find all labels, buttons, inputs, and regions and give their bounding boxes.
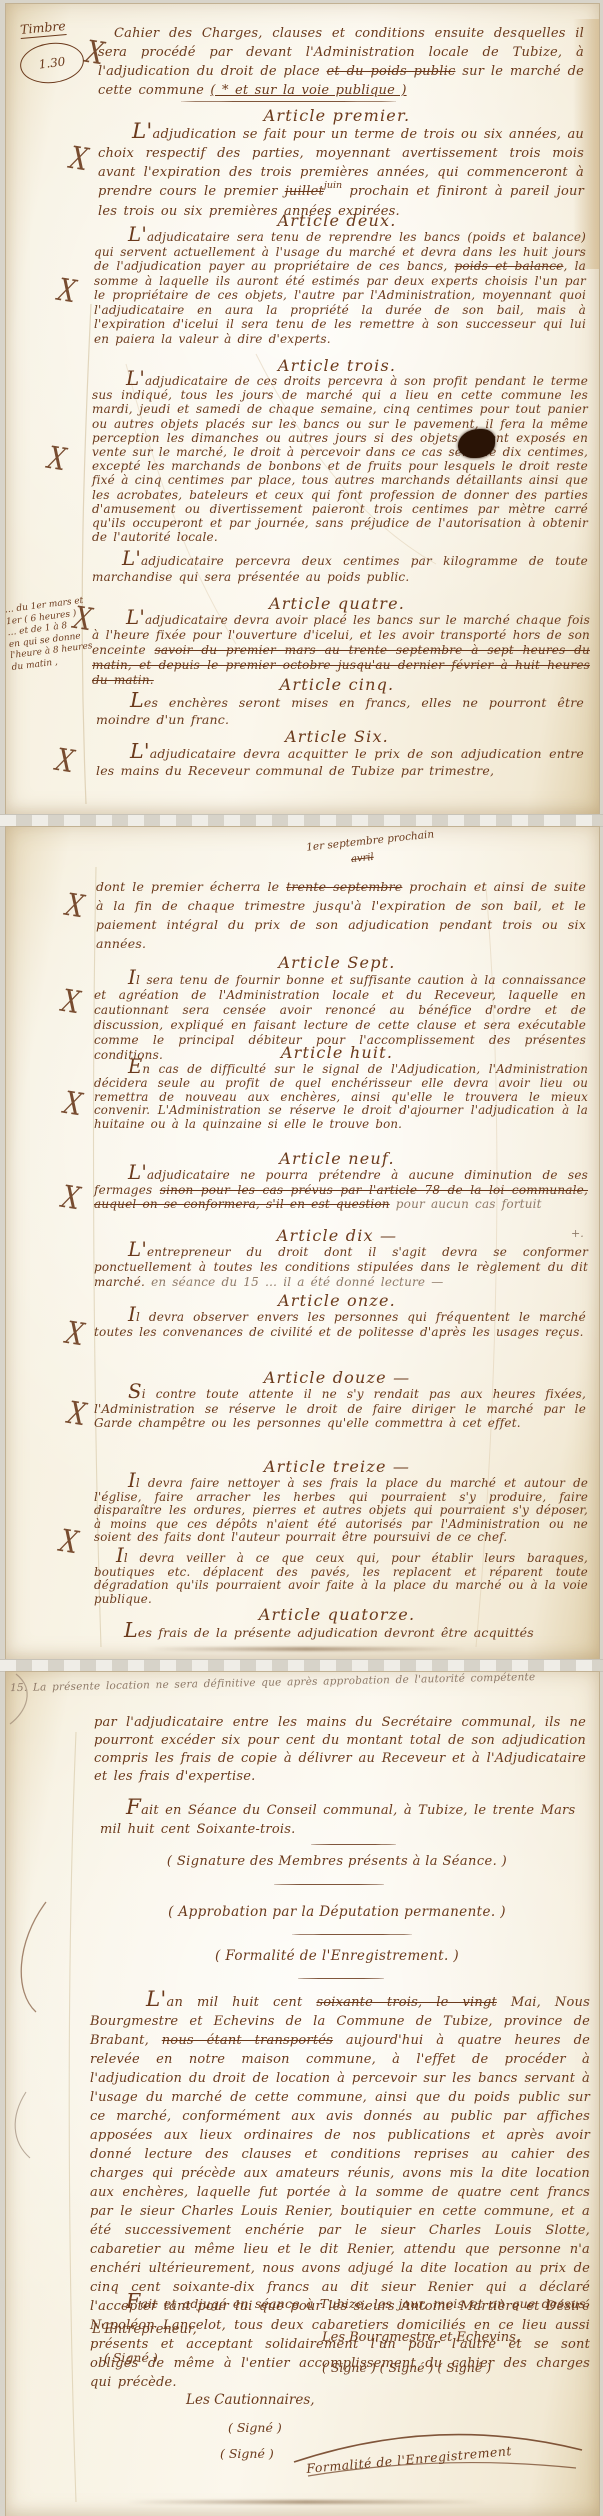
closing-statement: Fait en Séance du Conseil communal, à Tu… xyxy=(100,1800,580,1839)
article-1-insertion: juin xyxy=(324,180,342,191)
article-9-body: L'adjudicataire ne pourra prétendre à au… xyxy=(94,1166,588,1212)
margin-cross-icon: X xyxy=(59,1178,82,1217)
closing-underline xyxy=(311,1844,396,1845)
article-2-body: L'adjudicataire sera tenu de reprendre l… xyxy=(94,228,586,346)
adjudication-closing-line: Fait et adjugé en séance à Tubize, les j… xyxy=(100,2294,590,2313)
cautionnaire-signature-2: ( Signé ) xyxy=(220,2446,274,2461)
article-12-body: Si contre toute attente il ne s'y rendai… xyxy=(94,1385,586,1431)
signatures-note: ( Signature des Membres présents à la Sé… xyxy=(94,1854,580,1869)
margin-cross-icon: X xyxy=(63,1314,86,1353)
margin-cross-icon: X xyxy=(45,439,68,478)
bourgmestre-signatures: ( Signé ) ( Signé ) ( Signé ) xyxy=(322,2360,491,2375)
article-2-struck: poids et balance xyxy=(455,259,564,273)
article-3-body-2: L'adjudicataire percevra deux centimes p… xyxy=(92,552,588,585)
article-9-pencil-note: pour aucun cas fortuit xyxy=(390,1197,542,1211)
article-10-body: L'entrepreneur du droit dont il s'agit d… xyxy=(94,1243,588,1290)
title-struck-text: et du poids public xyxy=(327,64,456,79)
interline-annotation-struck: avril xyxy=(350,852,374,865)
article-6-body: L'adjudicataire devra acquitter le prix … xyxy=(96,744,584,779)
article-7-heading: Article Sept. xyxy=(94,953,580,972)
signatures-note-underline xyxy=(274,1884,384,1885)
approbation-note: ( Approbation par la Députation permanen… xyxy=(94,1904,580,1920)
stamp-oval: 1.30 xyxy=(18,39,86,87)
article-14-continuation: par l'adjudicataire entre les mains du S… xyxy=(94,1714,586,1786)
continuation-struck: trente septembre xyxy=(286,879,402,894)
interline-annotation: 1er septembre prochain xyxy=(306,828,435,853)
margin-cross-icon: X xyxy=(57,1522,80,1561)
margin-cross-icon: X xyxy=(61,1084,84,1123)
page-bottom-smudge xyxy=(146,1647,466,1651)
article-5-body: Les enchères seront mises en francs, ell… xyxy=(96,693,584,728)
pv-text-1: L'an mil huit cent xyxy=(146,1995,316,2010)
article-14-heading: Article quatorze. xyxy=(94,1605,580,1624)
pencil-top-annotation: 15. La présente location ne sera définit… xyxy=(10,1670,598,1695)
margin-cross-icon: X xyxy=(55,271,78,310)
article-1-heading: Article premier. xyxy=(94,106,580,125)
page-bottom-smudge xyxy=(126,2500,486,2504)
margin-cross-icon: X xyxy=(63,886,86,925)
article-5-heading: Article cinq. xyxy=(94,675,580,694)
article-8-body: En cas de difficulté sur le signal de l'… xyxy=(94,1060,588,1132)
registration-underline xyxy=(298,1978,384,1979)
registration-note: ( Formalité de l'Enregistrement. ) xyxy=(94,1948,580,1964)
article-1-body: L'adjudication se fait pour un terme de … xyxy=(98,124,584,221)
pencil-plus-mark: +. xyxy=(571,1227,584,1240)
article-1-struck: juillet xyxy=(285,184,324,199)
bourgmestre-echevins-label: Les Bourgmestre et Echevins, xyxy=(322,2330,520,2345)
stamp-label: Timbre xyxy=(19,18,66,39)
pv-struck-1: soixante trois, le vingt xyxy=(316,1995,497,2010)
manuscript-page-2: 1er septembre prochain avril dont le pre… xyxy=(5,826,600,1661)
cautionnaires-label: Les Cautionnaires, xyxy=(186,2392,315,2408)
entrepreneur-signature: ( Signé ) xyxy=(104,2350,158,2365)
manuscript-page-1: Timbre 1.30 X Cahier des Charges, clause… xyxy=(5,3,600,816)
title-separator-rule xyxy=(181,101,396,102)
pv-struck-2: nous étant transportés xyxy=(162,2033,333,2048)
cautionnaire-signature-1: ( Signé ) xyxy=(228,2420,282,2435)
margin-cross-icon: X xyxy=(59,982,82,1021)
title-margin-note: ( * et sur la voie publique ) xyxy=(210,83,406,98)
article-11-body: Il devra observer envers les personnes q… xyxy=(94,1308,586,1340)
document-title: Cahier des Charges, clauses et condition… xyxy=(98,24,584,100)
article-13-body-2: Il devra veiller à ce que ceux qui, pour… xyxy=(94,1549,588,1606)
article-6-continuation: dont le premier écherra le trente septem… xyxy=(96,877,586,953)
manuscript-page-3: 15. La présente location ne sera définit… xyxy=(5,1671,600,2516)
margin-cross-icon: X xyxy=(53,741,76,780)
manuscript-scan: Timbre 1.30 X Cahier des Charges, clause… xyxy=(0,0,603,2516)
article-14-body: Les frais de la présente adjudication de… xyxy=(94,1623,588,1641)
stamp-value: 1.30 xyxy=(38,54,66,71)
article-10-pencil-note: en séance du 15 … il a été donné lecture… xyxy=(151,1275,443,1289)
continuation-text-1: dont le premier écherra le xyxy=(96,879,286,894)
margin-cross-icon: X xyxy=(65,1394,88,1433)
article-13-body-1: Il devra faire nettoyer à ses frais la p… xyxy=(94,1474,588,1545)
approbation-underline xyxy=(292,1934,412,1935)
article-3-body: L'adjudicataire de ces droits percevra à… xyxy=(92,372,588,544)
entrepreneur-label: L'Entrepreneur, xyxy=(92,2322,197,2337)
revenue-stamp: Timbre 1.30 xyxy=(20,20,84,83)
margin-cross-icon: X xyxy=(67,139,90,178)
